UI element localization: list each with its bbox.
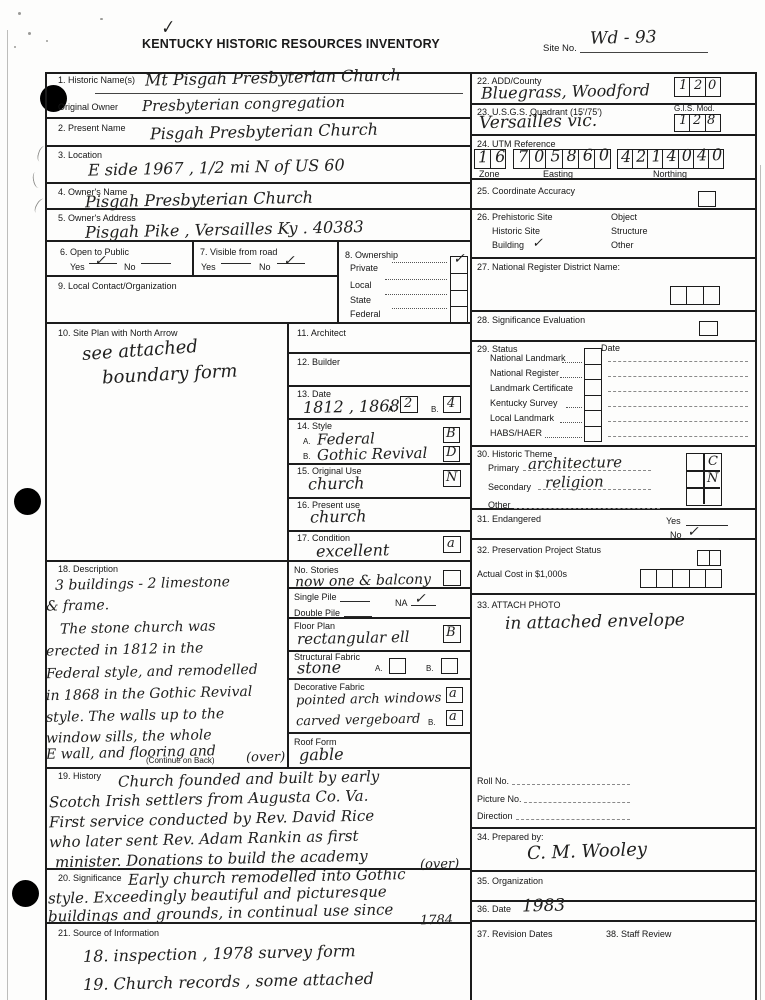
field-17-code: a [447,536,455,551]
style-a-label: A. [303,437,311,446]
page-title: KENTUCKY HISTORIC RESOURCES INVENTORY [142,37,440,51]
significance-year: 1784. [420,913,458,929]
rule [470,208,755,210]
theme-line [514,508,660,509]
rule [703,453,705,504]
status-date-line [608,406,748,407]
continue-on-back-note: (Continue on Back) [146,756,214,765]
description-line: & frame. [46,597,109,614]
field-1-label: 1. Historic Name(s) [58,75,135,85]
field-7-no-label: No [259,262,271,272]
field-6-yes-label: Yes [70,262,85,272]
theme-primary-label: Primary [488,463,519,473]
field-21-label: 21. Source of Information [58,928,159,938]
rule [287,678,470,680]
utm-zone-value: 16 [478,147,513,167]
na-blank [411,605,436,606]
endangered-no-blank [685,539,719,540]
floor-plan-value: rectangular ell [297,628,410,648]
site-no-label: Site No. [543,43,577,54]
margin-scribble [31,171,42,188]
description-line: erected in 1812 in the [46,640,204,659]
field-28-box [699,321,718,336]
rule [470,134,755,136]
gis-mod-label: G.I.S. Mod. [674,104,714,113]
field-18-label: 18. Description [58,564,118,574]
status-item: HABS/HAER [490,428,542,438]
rule [470,310,755,312]
dot-leader [562,362,582,363]
field-7-yes-blank [221,263,251,264]
field-6-no-label: No [124,262,136,272]
field-10-line2: boundary form [102,360,238,388]
utm-zone-label: Zone [479,169,500,179]
description-line: 3 buildings - 2 limestone [55,574,230,594]
structural-b-label: B. [426,664,434,673]
field-6-no-blank [141,263,171,264]
source-line: 19. Church records , some attached [83,969,374,994]
field-6-yes-check: ✓ [94,253,106,269]
field-27-code-box [670,286,720,305]
status-date-line [608,376,748,377]
no-stories-box [443,570,461,586]
picture-no-line [524,802,630,803]
field-15-value: church [308,473,365,493]
rule [686,487,720,489]
rule [470,340,755,342]
field-23-code: 1 [679,113,687,128]
endangered-no-check: ✓ [687,524,699,540]
na-label: NA [395,598,408,608]
ownership-private: Private [350,263,378,273]
utm-northing-label: Northing [653,169,687,179]
field-33-label: 33. ATTACH PHOTO [477,600,561,610]
field-13-a-label: A. [388,405,396,414]
theme-line [523,470,651,471]
status-date-label: Date [601,343,620,353]
theme-secondary-label: Secondary [488,482,531,492]
rule [45,117,470,119]
rule [470,178,755,180]
status-item: National Register [490,368,559,378]
theme-line [538,489,651,490]
ownership-local: Local [350,280,372,290]
style-b-value: Gothic Revival [317,444,428,464]
field-25-box [698,191,716,207]
field-10-line1: see attached [81,336,198,365]
source-line: 18. inspection , 1978 survey form [83,941,356,966]
single-pile-blank [340,601,370,602]
rule [337,240,339,322]
rule [287,352,470,354]
theme-other-label: Other [488,500,511,510]
rule [45,322,470,324]
field-38-label: 38. Staff Review [606,929,671,939]
status-item: National Landmark [490,353,566,363]
field-22-code: 2 [694,78,702,93]
status-item: Local Landmark [490,413,554,423]
over-note: (over) [246,750,286,766]
field-15-code: N [446,470,457,485]
ownership-federal: Federal [350,309,381,319]
rule [287,732,470,734]
scan-speck [18,12,21,15]
field-23-code: 2 [693,113,701,128]
rule [470,870,755,872]
handwritten-checkmark: ✓ [158,17,177,40]
field-20-label: 20. Significance [58,873,122,883]
dot-leader [392,308,447,309]
rule [45,275,337,277]
actual-cost-label: Actual Cost in $1,000s [477,569,567,579]
original-owner-value: Presbyterian congregation [142,93,345,115]
decorative-fabric-label: Decorative Fabric [294,682,365,692]
rule [45,767,470,769]
field-13-b-label: B. [431,405,439,414]
field-13-a-code: 2 [404,396,412,411]
structural-b-box [441,658,458,674]
utm-easting-value: 705860 [518,145,615,166]
status-checkbox-stack [584,348,602,442]
field-32-label: 32. Preservation Project Status [477,545,601,555]
rule [287,385,470,387]
picture-no-label: Picture No. [477,794,522,804]
dot-leader [545,437,582,438]
utm-easting-label: Easting [543,169,573,179]
field-22-code: 0 [708,78,716,93]
roof-form-value: gable [299,745,344,765]
status-item: Kentucky Survey [490,398,558,408]
description-line: style. The walls up to the [46,706,225,726]
description-line: in 1868 in the Gothic Revival [46,684,253,704]
field-36-label: 36. Date [477,904,511,914]
field-3-value: E side 1967 , 1/2 mi N of US 60 [88,155,345,179]
rule [470,900,755,902]
site-type-building: Building [492,240,524,250]
decorative-a-code: a [449,686,457,701]
field-31-label: 31. Endangered [477,514,541,524]
endangered-no-label: No [670,530,682,540]
rule [192,240,194,275]
field-2-label: 2. Present Name [58,123,126,133]
hole-punch [14,488,41,515]
field-9-label: 9. Local Contact/Organization [58,281,177,291]
theme-code-secondary: N [707,471,718,486]
roll-no-label: Roll No. [477,776,509,786]
field-23-code: 8 [707,113,715,128]
theme-code-primary: C [708,454,718,469]
hole-punch [12,880,39,907]
building-check: ✓ [532,236,543,251]
field-35-label: 35. Organization [477,876,543,886]
field-2-value: Pisgah Presbyterian Church [150,120,378,144]
rule [470,827,755,829]
field-25-label: 25. Coordinate Accuracy [477,186,575,196]
site-no-value: Wd - 93 [590,27,657,48]
rule [45,72,47,1000]
date-value: 1983 [522,896,566,917]
scanned-form-page: ✓ KENTUCKY HISTORIC RESOURCES INVENTORY … [0,0,765,1000]
scan-speck [14,46,16,48]
field-13-b-code: 4 [447,396,455,411]
status-date-line [608,391,748,392]
photo-note-value: in attached envelope [505,610,685,634]
field-32-box [697,550,721,566]
field-11-label: 11. Architect [297,328,346,338]
status-item: Landmark Certificate [490,383,573,393]
rule [287,497,470,499]
field-23-value: Versailles vic. [479,111,598,133]
structural-a-label: A. [375,664,383,673]
field-34-label: 34. Prepared by: [477,832,544,842]
style-a-code: B [446,426,456,441]
field-10-label: 10. Site Plan with North Arrow [58,328,178,338]
structural-fabric-value: stone [297,658,341,678]
dot-leader [560,422,582,423]
rule [287,322,289,767]
prepared-by-value: C. M. Wooley [527,839,648,864]
decorative-b-value: carved vergeboard [296,712,421,730]
field-8-label: 8. Ownership [345,250,398,260]
floor-plan-code: B [446,625,456,640]
description-line: The stone church was [60,618,216,637]
dot-leader [385,294,447,295]
field-7-label: 7. Visible from road [200,247,277,257]
ownership-state: State [350,295,371,305]
decorative-a-value: pointed arch windows [296,690,442,708]
rule [287,530,470,532]
field-22-code: 1 [679,78,687,93]
site-type-object: Object [611,212,637,222]
field-37-label: 37. Revision Dates [477,929,553,939]
scan-edge [7,30,8,1000]
rule [287,418,470,420]
field-1-value: Mt Pisgah Presbyterian Church [145,65,401,89]
endangered-yes-label: Yes [666,516,681,526]
field-16-value: church [310,506,367,526]
field-22-value: Bluegrass, Woodford [481,80,650,103]
double-pile-label: Double Pile [294,608,340,618]
direction-label: Direction [477,811,513,821]
double-pile-blank [344,616,372,617]
decorative-b-label: B. [428,718,436,727]
decorative-b-code: a [449,709,457,724]
field-12-label: 12. Builder [297,357,340,367]
status-date-line [608,421,748,422]
dot-leader [560,377,582,378]
dot-leader [385,279,447,280]
site-type-historic: Historic Site [492,226,540,236]
status-date-line [608,436,748,437]
style-b-label: B. [303,452,311,461]
rule [470,257,755,259]
site-type-prehistoric: 26. Prehistoric Site [477,212,553,222]
field-28-label: 28. Significance Evaluation [477,315,585,325]
scan-speck [46,40,48,42]
roll-no-line [512,784,630,785]
site-type-other: Other [611,240,634,250]
site-type-structure: Structure [611,226,648,236]
rule [470,920,755,922]
utm-northing-value: 4214040 [621,145,728,166]
original-owner-label: Original Owner [58,102,118,112]
field-7-no-check: ✓ [283,253,295,269]
rule [470,593,755,595]
structural-a-box [389,658,406,674]
field-27-label: 27. National Register District Name: [477,262,620,272]
dot-leader [566,407,582,408]
single-pile-label: Single Pile [294,592,337,602]
field-13-value: 1812 , 1868 [303,396,400,417]
scan-speck [100,18,103,20]
scan-edge [760,165,761,1000]
rule [470,72,472,1000]
actual-cost-box [640,569,722,588]
rule [45,560,470,562]
status-date-line [608,361,748,362]
rule [287,463,470,465]
dot-leader [392,262,447,263]
field-3-label: 3. Location [58,150,102,160]
ownership-private-check: ✓ [453,251,465,267]
history-over-note: (over) [420,857,460,873]
field-17-value: excellent [316,540,390,561]
direction-line [516,819,630,820]
field-19-label: 19. History [58,771,101,781]
rule [45,145,470,147]
field-7-yes-label: Yes [201,262,216,272]
rule [580,52,708,53]
rule [755,72,757,1000]
rule [45,182,470,184]
scan-speck [28,32,31,35]
rule [470,445,755,447]
description-line: Federal style, and remodelled [46,662,258,682]
style-b-code: D [446,445,456,460]
no-stories-value: now one & balcony [295,572,431,591]
